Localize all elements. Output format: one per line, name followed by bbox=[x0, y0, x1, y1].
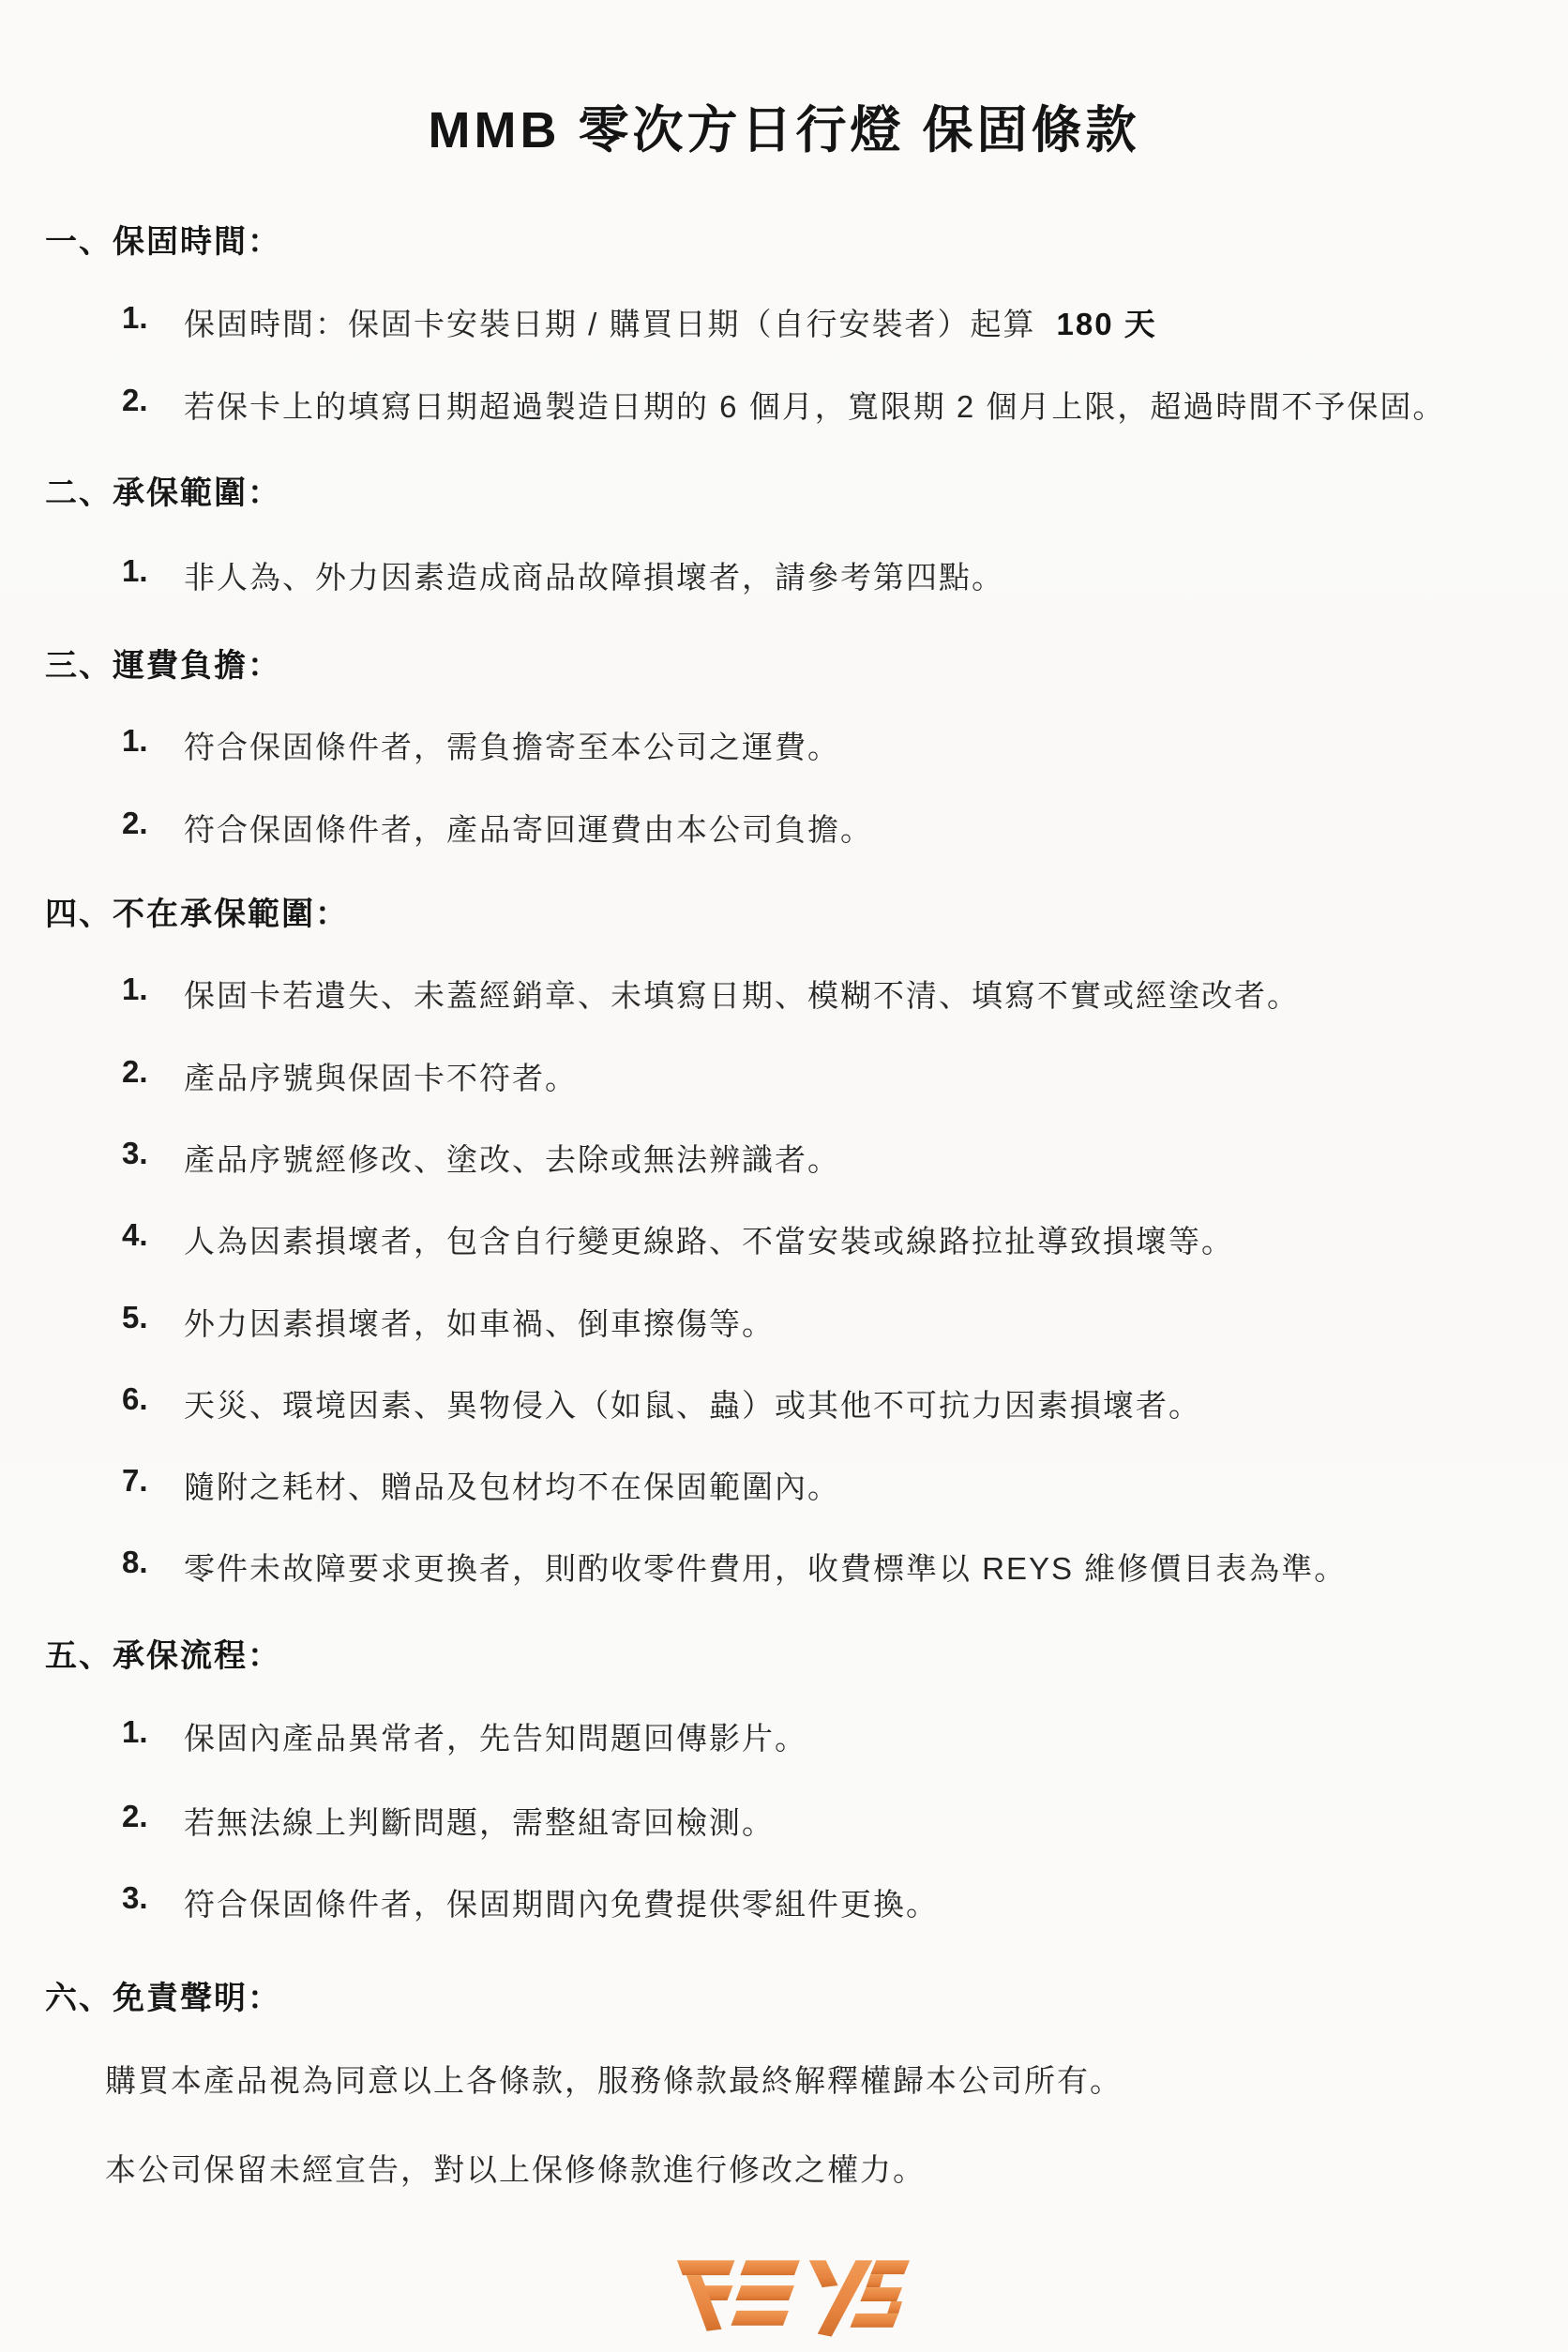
item-text: 零件未故障要求更換者，則酌收零件費用，收費標準以 REYS 維修價目表為準。 bbox=[184, 1545, 1347, 1589]
reys-logo-icon bbox=[668, 2253, 910, 2339]
item-text: 符合保固條件者，產品寄回運費由本公司負擔。 bbox=[184, 806, 873, 850]
item-number: 1. bbox=[122, 553, 148, 589]
item-number: 1. bbox=[122, 723, 148, 759]
item-text: 若保卡上的填寫日期超過製造日期的 6 個月，寬限期 2 個月上限，超過時間不予保… bbox=[184, 383, 1445, 427]
item-text: 產品序號經修改、塗改、去除或無法辨識者。 bbox=[184, 1136, 840, 1180]
document-title: MMB 零次方日行燈 保固條款 bbox=[0, 90, 1568, 162]
item-text: 隨附之耗材、贈品及包材均不在保固範圍內。 bbox=[184, 1463, 840, 1507]
item-number: 4. bbox=[122, 1217, 148, 1253]
item-number: 2. bbox=[122, 383, 148, 418]
item-number: 1. bbox=[122, 972, 148, 1007]
item-number: 6. bbox=[122, 1381, 148, 1417]
disclaimer-paragraph: 購買本產品視為同意以上各條款，服務條款最終解釋權歸本公司所有。 bbox=[105, 2057, 1123, 2101]
section-heading-claim-process: 五、承保流程： bbox=[45, 1630, 281, 1676]
item-number: 2. bbox=[122, 806, 148, 841]
item-text: 符合保固條件者，保固期間內免費提供零組件更換。 bbox=[184, 1880, 939, 1924]
section-heading-warranty-period: 一、保固時間： bbox=[45, 216, 281, 262]
section-heading-disclaimer: 六、免責聲明： bbox=[45, 1972, 281, 2018]
item-bold-suffix: 180 天 bbox=[1057, 307, 1157, 341]
warranty-document: MMB 零次方日行燈 保固條款 一、保固時間： 1. 保固時間：保固卡安裝日期 … bbox=[0, 0, 1568, 2352]
item-number: 8. bbox=[122, 1545, 148, 1580]
item-text: 保固時間：保固卡安裝日期 / 購買日期（自行安裝者）起算180 天 bbox=[184, 300, 1157, 344]
item-text: 人為因素損壞者，包含自行變更線路、不當安裝或線路拉扯導致損壞等。 bbox=[184, 1217, 1234, 1261]
section-heading-not-covered: 四、不在承保範圍： bbox=[45, 888, 349, 934]
item-number: 2. bbox=[122, 1054, 148, 1090]
item-text: 外力因素損壞者，如車禍、倒車擦傷等。 bbox=[184, 1300, 775, 1344]
item-text: 符合保固條件者，需負擔寄至本公司之運費。 bbox=[184, 723, 840, 767]
disclaimer-paragraph: 本公司保留未經宣告，對以上保修條款進行修改之權力。 bbox=[105, 2146, 926, 2190]
item-text: 保固卡若遺失、未蓋經銷章、未填寫日期、模糊不清、填寫不實或經塗改者。 bbox=[184, 972, 1300, 1016]
section-heading-shipping-cost: 三、運費負擔： bbox=[45, 640, 281, 686]
item-number: 5. bbox=[122, 1300, 148, 1335]
item-number: 2. bbox=[122, 1799, 148, 1834]
item-text: 若無法線上判斷問題，需整組寄回檢測。 bbox=[184, 1799, 775, 1843]
item-number: 1. bbox=[122, 1714, 148, 1750]
item-number: 3. bbox=[122, 1136, 148, 1171]
item-text: 保固內產品異常者，先告知問題回傳影片。 bbox=[184, 1714, 807, 1758]
section-heading-coverage: 二、承保範圍： bbox=[45, 467, 281, 513]
item-text: 產品序號與保固卡不符者。 bbox=[184, 1054, 578, 1098]
item-text: 天災、環境因素、異物侵入（如鼠、蟲）或其他不可抗力因素損壞者。 bbox=[184, 1381, 1201, 1425]
item-number: 7. bbox=[122, 1463, 148, 1499]
item-number: 1. bbox=[122, 300, 148, 336]
item-text: 非人為、外力因素造成商品故障損壞者，請參考第四點。 bbox=[184, 553, 1004, 597]
item-number: 3. bbox=[122, 1880, 148, 1916]
